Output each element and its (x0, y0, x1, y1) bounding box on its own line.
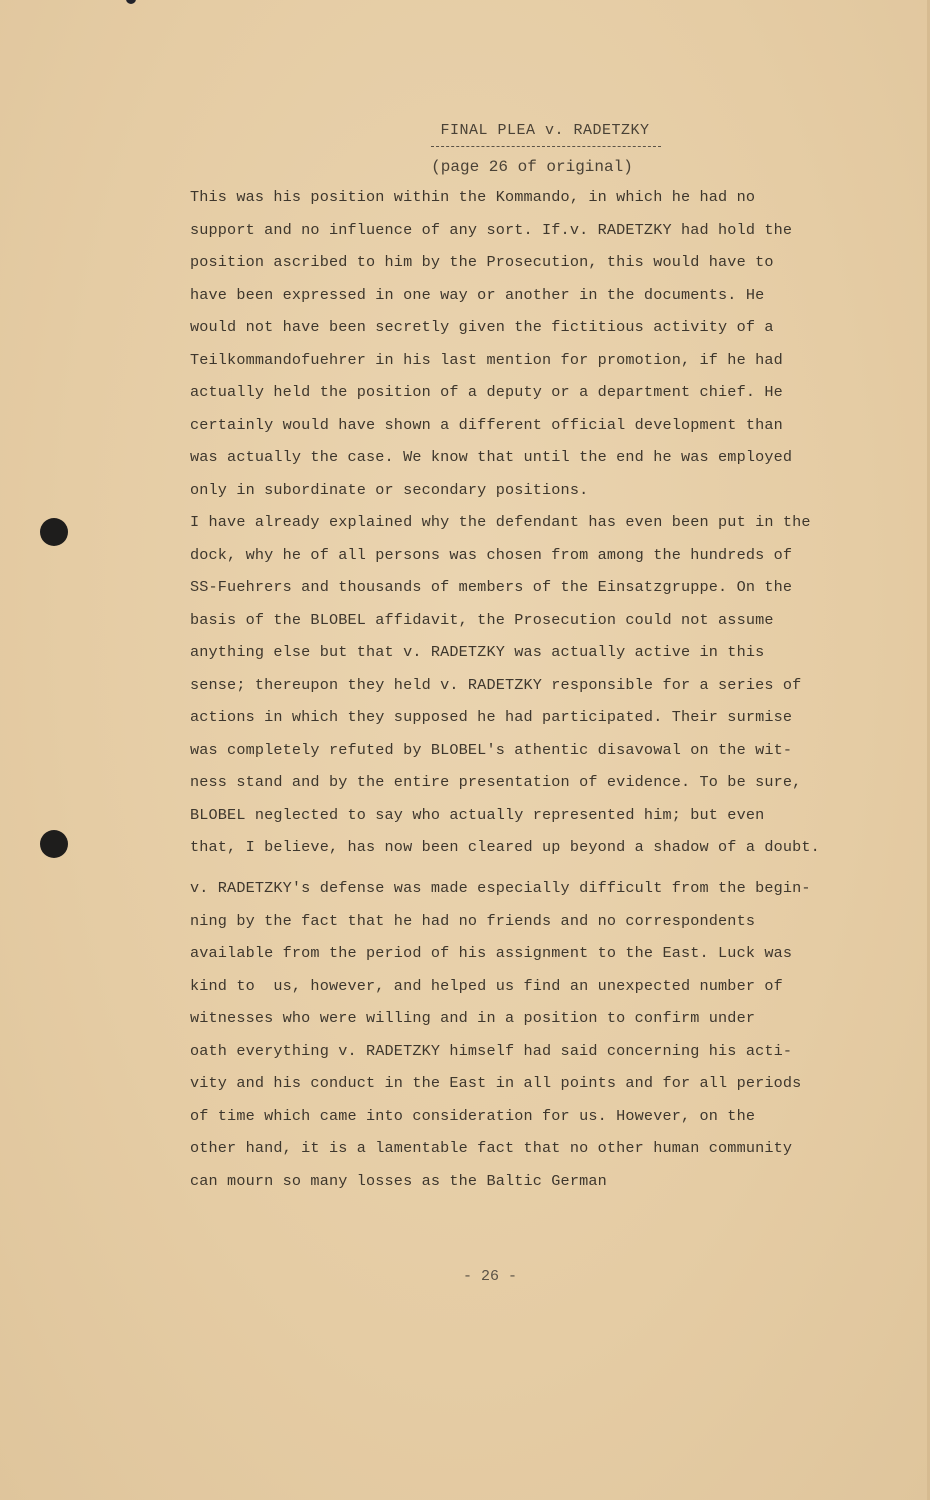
text-line: kind to us, however, and helped us find … (190, 975, 870, 1008)
text-line: would not have been secretly given the f… (190, 316, 870, 349)
text-line: ning by the fact that he had no friends … (190, 910, 870, 943)
document-subtitle: (page 26 of original) (0, 158, 930, 176)
text-line: basis of the BLOBEL affidavit, the Prose… (190, 609, 870, 642)
staple-mark (126, 0, 136, 4)
text-line: can mourn so many losses as the Baltic G… (190, 1170, 870, 1203)
text-line: SS-Fuehrers and thousands of members of … (190, 576, 870, 609)
text-line: dock, why he of all persons was chosen f… (190, 544, 870, 577)
text-line: of time which came into consideration fo… (190, 1105, 870, 1138)
text-line: available from the period of his assignm… (190, 942, 870, 975)
text-line: anything else but that v. RADETZKY was a… (190, 641, 870, 674)
text-line: sense; thereupon they held v. RADETZKY r… (190, 674, 870, 707)
text-line: v. RADETZKY's defense was made especiall… (190, 877, 870, 910)
text-line: I have already explained why the defenda… (190, 511, 870, 544)
title-underline (431, 146, 661, 147)
text-line: position ascribed to him by the Prosecut… (190, 251, 870, 284)
punch-hole-upper (40, 518, 68, 546)
page-number: - 26 - (0, 1268, 930, 1285)
text-line: only in subordinate or secondary positio… (190, 479, 870, 512)
text-line: actually held the position of a deputy o… (190, 381, 870, 414)
text-line: BLOBEL neglected to say who actually rep… (190, 804, 870, 837)
document-page: FINAL PLEA v. RADETZKY (page 26 of origi… (0, 0, 930, 1500)
text-line: support and no influence of any sort. If… (190, 219, 870, 252)
text-line: vity and his conduct in the East in all … (190, 1072, 870, 1105)
paragraph-3: v. RADETZKY's defense was made especiall… (190, 877, 870, 1202)
text-line: certainly would have shown a different o… (190, 414, 870, 447)
text-line: witnesses who were willing and in a posi… (190, 1007, 870, 1040)
text-line: oath everything v. RADETZKY himself had … (190, 1040, 870, 1073)
punch-hole-lower (40, 830, 68, 858)
paragraph-2: I have already explained why the defenda… (190, 511, 870, 869)
text-line: have been expressed in one way or anothe… (190, 284, 870, 317)
text-line: was actually the case. We know that unti… (190, 446, 870, 479)
text-line: This was his position within the Kommand… (190, 186, 870, 219)
text-line: was completely refuted by BLOBEL's athen… (190, 739, 870, 772)
paragraph-1: This was his position within the Kommand… (190, 186, 870, 511)
text-line: that, I believe, has now been cleared up… (190, 836, 870, 869)
text-line: Teilkommandofuehrer in his last mention … (190, 349, 870, 382)
text-line: other hand, it is a lamentable fact that… (190, 1137, 870, 1170)
text-line: actions in which they supposed he had pa… (190, 706, 870, 739)
text-line: ness stand and by the entire presentatio… (190, 771, 870, 804)
document-title: FINAL PLEA v. RADETZKY (0, 122, 930, 139)
